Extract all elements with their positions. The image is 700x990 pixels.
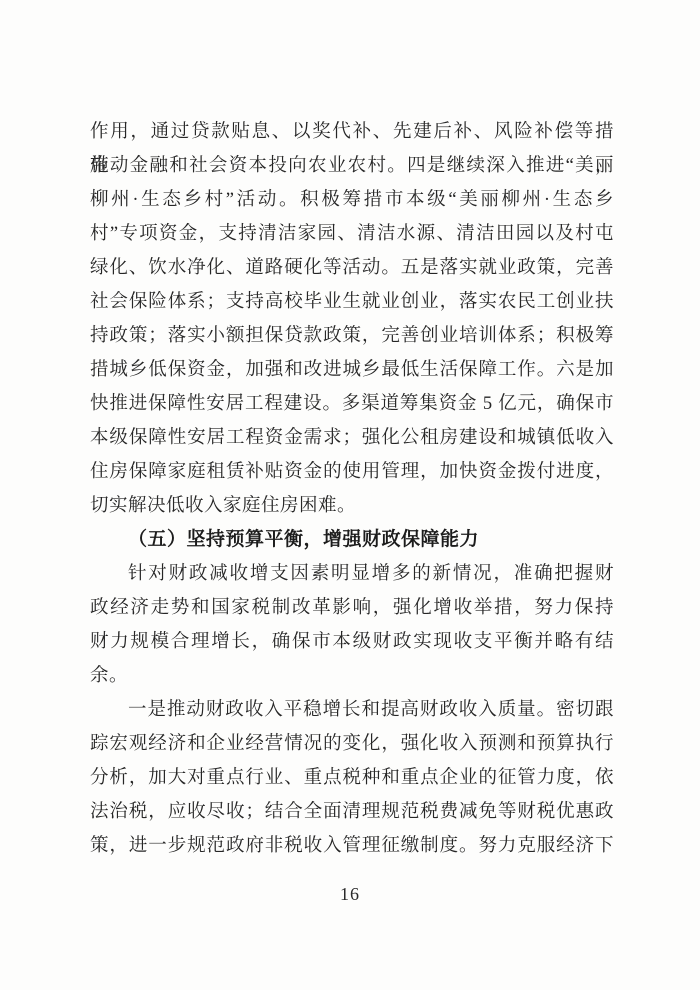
text-line: 策，进一步规范政府非税收入管理征缴制度。努力克服经济下	[90, 829, 614, 863]
text-line: 带动金融和社会资本投向农业农村。四是继续深入推进“美丽	[90, 149, 614, 183]
text-line: 作用，通过贷款贴息、以奖代补、先建后补、风险补偿等措施，	[90, 115, 614, 149]
text-line: 法治税，应收尽收；结合全面清理规范税费减免等财税优惠政	[90, 795, 614, 829]
text-line: 快推进保障性安居工程建设。多渠道筹集资金 5 亿元，确保市	[90, 387, 614, 421]
text-line: 一是推动财政收入平稳增长和提高财政收入质量。密切跟	[90, 693, 614, 727]
text-line: 政经济走势和国家税制改革影响，强化增收举措，努力保持	[90, 591, 614, 625]
text-line: 社会保险体系；支持高校毕业生就业创业，落实农民工创业扶	[90, 285, 614, 319]
text-line: 住房保障家庭租赁补贴资金的使用管理，加快资金拨付进度，	[90, 455, 614, 489]
text-line: 切实解决低收入家庭住房困难。	[90, 489, 614, 523]
text-line: 本级保障性安居工程资金需求；强化公租房建设和城镇低收入	[90, 421, 614, 455]
page-number: 16	[0, 884, 700, 905]
paragraph: 作用，通过贷款贴息、以奖代补、先建后补、风险补偿等措施，带动金融和社会资本投向农…	[90, 115, 614, 523]
text-line: 村”专项资金，支持清洁家园、清洁水源、清洁田园以及村屯	[90, 217, 614, 251]
paragraph: 一是推动财政收入平稳增长和提高财政收入质量。密切跟踪宏观经济和企业经营情况的变化…	[90, 693, 614, 863]
text-line: 柳州·生态乡村”活动。积极筹措市本级“美丽柳州·生态乡	[90, 183, 614, 217]
text-line: 分析，加大对重点行业、重点税种和重点企业的征管力度，依	[90, 761, 614, 795]
page-content: 作用，通过贷款贴息、以奖代补、先建后补、风险补偿等措施，带动金融和社会资本投向农…	[90, 115, 614, 863]
section-heading: （五）坚持预算平衡，增强财政保障能力	[90, 523, 614, 557]
text-line: 余。	[90, 659, 614, 693]
text-line: 踪宏观经济和企业经营情况的变化，强化收入预测和预算执行	[90, 727, 614, 761]
text-line: 措城乡低保资金，加强和改进城乡最低生活保障工作。六是加	[90, 353, 614, 387]
text-line: 针对财政减收增支因素明显增多的新情况，准确把握财	[90, 557, 614, 591]
document-page: 作用，通过贷款贴息、以奖代补、先建后补、风险补偿等措施，带动金融和社会资本投向农…	[0, 0, 700, 990]
heading-line: （五）坚持预算平衡，增强财政保障能力	[90, 523, 614, 557]
text-line: 财力规模合理增长，确保市本级财政实现收支平衡并略有结	[90, 625, 614, 659]
text-line: 持政策；落实小额担保贷款政策，完善创业培训体系；积极筹	[90, 319, 614, 353]
paragraph: 针对财政减收增支因素明显增多的新情况，准确把握财政经济走势和国家税制改革影响，强…	[90, 557, 614, 693]
text-line: 绿化、饮水净化、道路硬化等活动。五是落实就业政策，完善	[90, 251, 614, 285]
